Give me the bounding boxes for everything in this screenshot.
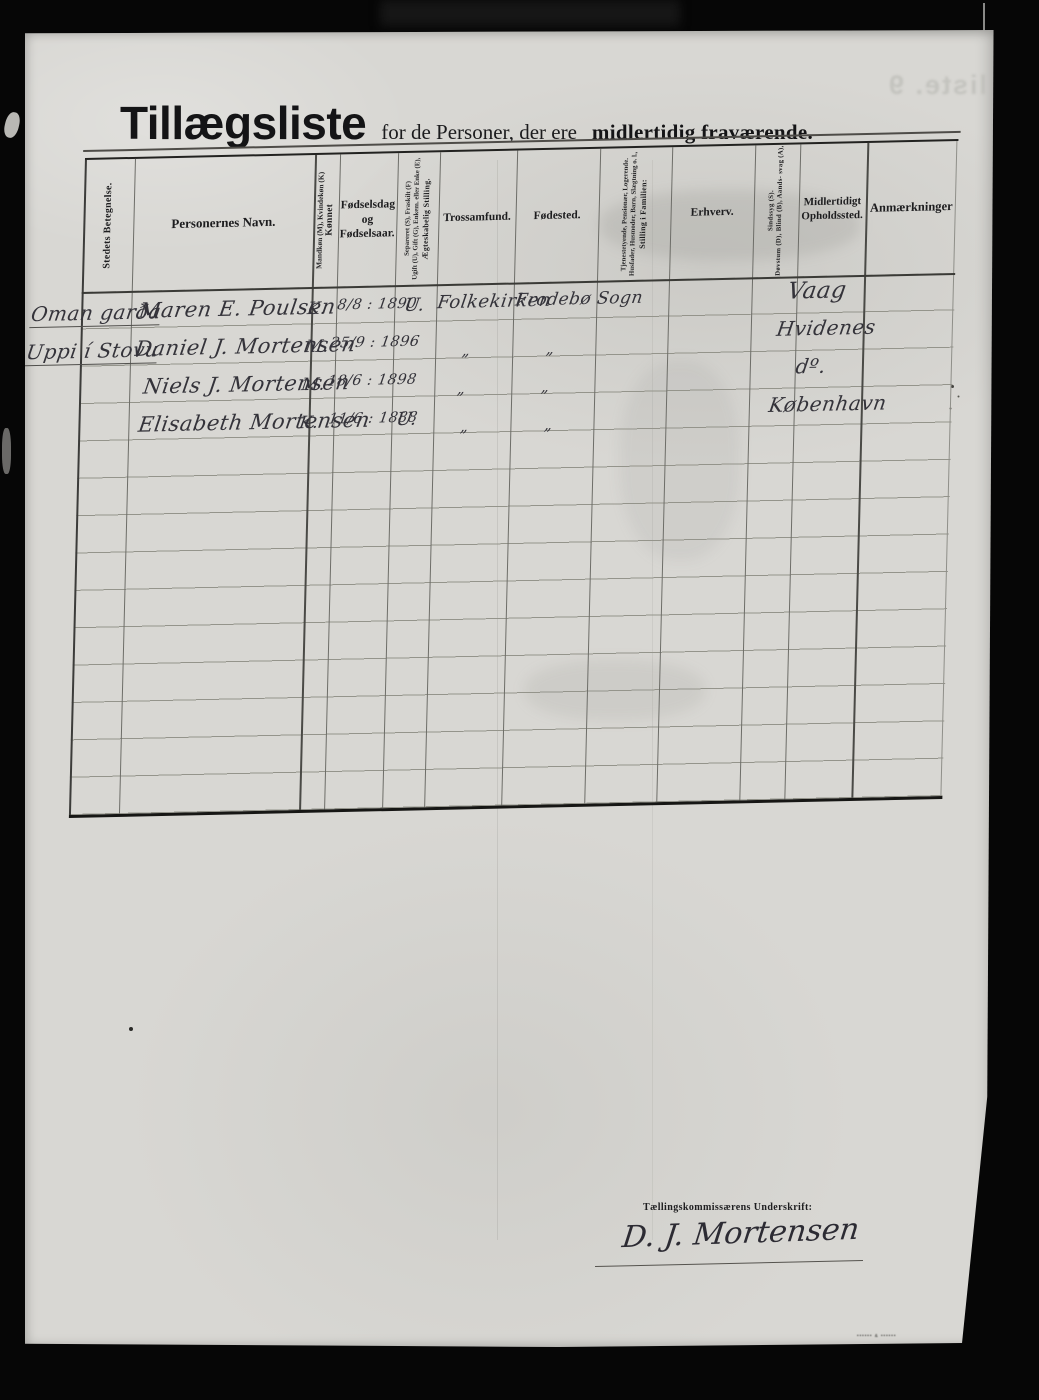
entry-birthplace: Frodebø Sogn [514, 288, 644, 311]
entry-birthdate: 18/6 : 1898 [326, 372, 417, 390]
entry-marital: U. [403, 294, 426, 315]
column-header-doevstum-blind: Døvstum (D), Blind (B), Aands- svag (A),… [752, 144, 800, 277]
entry-sex: K. [306, 299, 328, 319]
column-header-erhverv: Erhverv. [669, 145, 755, 279]
entry-temporary-residence: Hvidenes [775, 315, 877, 341]
entry-birthdate: 25/9 : 1896 [329, 334, 420, 352]
entry-sex: M. [300, 375, 327, 396]
census-form-sheet: Tillægsliste for de Personer, der ere mi… [25, 30, 995, 1347]
scanned-page-background: { "header": { "title": "Tillægsliste", "… [0, 0, 1039, 1400]
column-header-stedets-betegnelse: Stedets Betegnelse. [82, 159, 135, 292]
column-header-koennet: Kønnet Mandkøn (M), Kvindekøn (K) [312, 154, 340, 287]
entry-temporary-residence: dº. [794, 354, 828, 379]
column-header-trossamfund: Trossamfund. [437, 151, 517, 285]
column-header-aegteskabelig-stilling: Ægteskabelig Stilling. Ugift (U), Gift (… [395, 152, 440, 285]
column-sublabel: Husfader, Husmoder, Barn, Slægtning o. l… [620, 148, 640, 280]
column-sublabel: Ugift (U), Gift (G), Enkem. eller Enke (… [402, 153, 422, 285]
column-header-foedested: Fødested. [514, 149, 600, 283]
column-label: Anmærkninger [870, 199, 953, 216]
column-header-foedselsdag: Fødselsdag og Fødselsaar. [337, 153, 398, 286]
column-label: Midlertidigt Opholdssted. [798, 195, 866, 224]
column-label: Personernes Navn. [171, 214, 275, 233]
column-header-anmaerkninger: Anmærkninger [864, 141, 958, 275]
showthrough-ghost-text: liste. 9 [887, 70, 987, 101]
form-title: Tillægsliste [120, 96, 366, 150]
signature-line [595, 1260, 863, 1267]
entry-temporary-residence: Vaag [786, 277, 849, 304]
column-header-personernes-navn: Personernes Navn. [132, 155, 315, 291]
entry-temporary-residence: København [767, 390, 888, 417]
column-label: Fødselsdag og Fødselsaar. [338, 198, 397, 242]
column-label: Døvstum (D), Blind (B), Aands- svag (A),… [766, 145, 786, 277]
signature-label: Tællingskommissærens Underskrift: [643, 1202, 812, 1213]
torn-paper-speck [2, 111, 22, 140]
entry-marital: U. [395, 409, 418, 430]
entry-sex: K. [298, 413, 320, 433]
column-label: Stedets Betegnelse. [101, 182, 116, 269]
form-subtitle-bold: midlertidig fraværende. [592, 120, 813, 145]
entry-sex: M. [304, 337, 331, 358]
column-header-midlertidigt-opholdssted: Midlertidigt Opholdssted. [797, 143, 867, 276]
ink-dot [129, 1027, 133, 1031]
commissioner-signature: D. J. Mortensen [620, 1212, 861, 1255]
column-label: Fødested. [533, 208, 580, 223]
scan-band-mottle [380, 0, 680, 26]
column-header-stilling-i-familien: Stilling i Familien: Husfader, Husmoder,… [597, 147, 672, 281]
census-table: Stedets Betegnelse. Personernes Navn. Kø… [69, 139, 959, 818]
printer-imprint: •••••• & •••••• [857, 1333, 896, 1338]
column-label: Erhverv. [690, 205, 733, 220]
torn-paper-speck [2, 428, 11, 474]
column-label: Trossamfund. [443, 209, 511, 225]
